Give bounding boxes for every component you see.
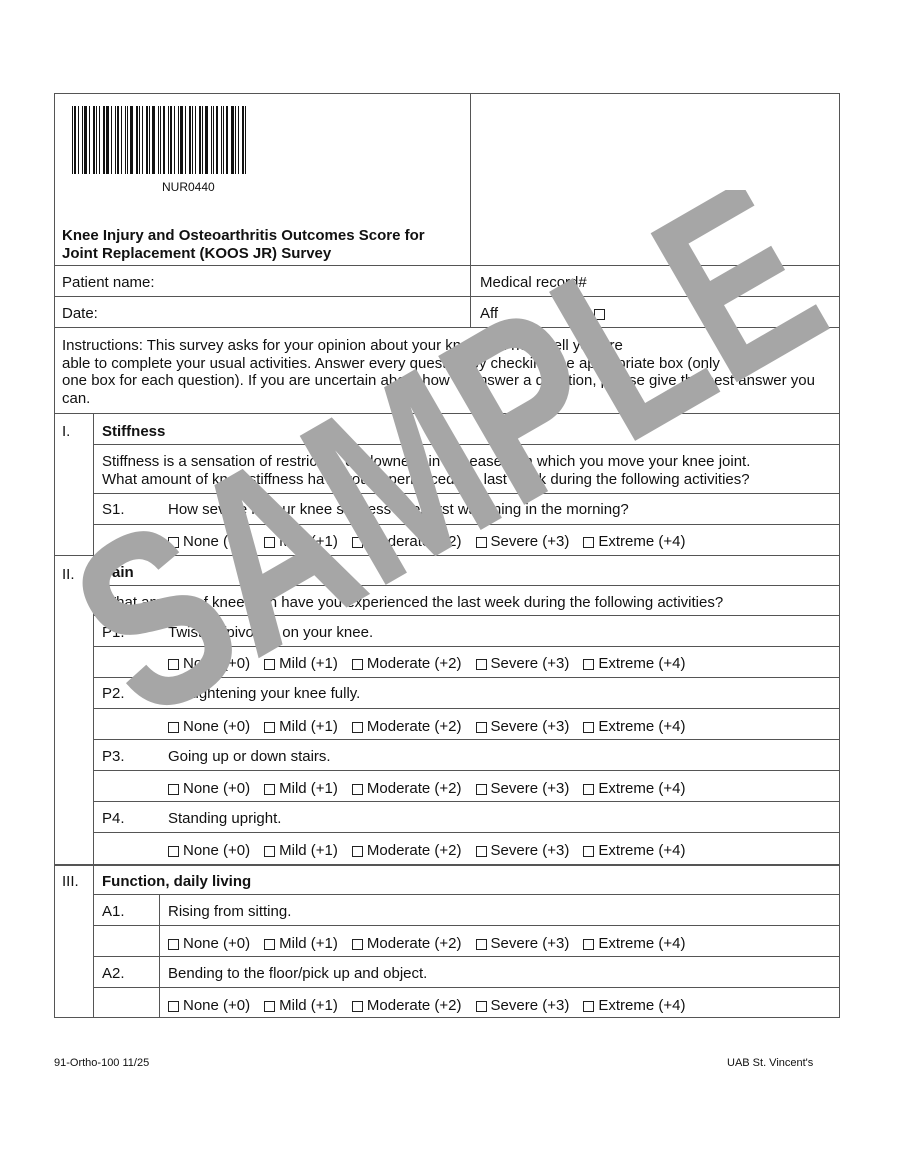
response-option[interactable]: Moderate (+2) bbox=[352, 655, 462, 673]
affected-knee-label: Aff bbox=[480, 305, 498, 323]
response-option[interactable]: Extreme (+4) bbox=[583, 997, 685, 1015]
response-option[interactable]: None (+0) bbox=[168, 842, 250, 860]
checkbox[interactable] bbox=[264, 659, 275, 670]
response-option[interactable]: Moderate (+2) bbox=[352, 842, 462, 860]
question-text: Twisting/pivoting on your knee. bbox=[168, 624, 373, 642]
question-text: Rising from sitting. bbox=[168, 903, 291, 921]
response-option[interactable]: Mild (+1) bbox=[264, 718, 338, 736]
question-text: Bending to the floor/pick up and object. bbox=[168, 965, 427, 983]
checkbox[interactable] bbox=[264, 939, 275, 950]
option-label: None (+0) bbox=[183, 655, 250, 673]
barcode-label: NUR0440 bbox=[162, 178, 215, 196]
barcode-bar bbox=[216, 106, 218, 174]
checkbox[interactable] bbox=[168, 1001, 179, 1012]
checkbox[interactable] bbox=[476, 537, 487, 548]
row-divider bbox=[93, 585, 840, 586]
section-title-stiffness: Stiffness bbox=[102, 423, 165, 441]
instructions-line: Instructions: This survey asks for your … bbox=[62, 337, 832, 355]
row-divider bbox=[54, 555, 840, 556]
checkbox[interactable] bbox=[352, 784, 363, 795]
row-divider bbox=[93, 894, 840, 895]
row-divider bbox=[93, 770, 840, 771]
checkbox[interactable] bbox=[583, 784, 594, 795]
option-label: None (+0) bbox=[183, 533, 250, 551]
response-option[interactable]: None (+0) bbox=[168, 718, 250, 736]
option-label: Extreme (+4) bbox=[598, 935, 685, 953]
question-code: A1. bbox=[102, 903, 125, 921]
barcode-bar bbox=[115, 106, 116, 174]
response-option[interactable]: Moderate (+2) bbox=[352, 718, 462, 736]
checkbox[interactable] bbox=[264, 1001, 275, 1012]
response-option[interactable]: None (+0) bbox=[168, 780, 250, 798]
option-label: Severe (+3) bbox=[491, 842, 570, 860]
barcode-bar bbox=[89, 106, 90, 174]
barcode-bar bbox=[127, 106, 128, 174]
option-label: Severe (+3) bbox=[491, 780, 570, 798]
response-options-p4: None (+0)Mild (+1)Moderate (+2)Severe (+… bbox=[168, 842, 699, 860]
barcode-bar bbox=[195, 106, 196, 174]
row-divider bbox=[93, 956, 840, 957]
barcode-bar bbox=[136, 106, 138, 174]
checkbox[interactable] bbox=[476, 1001, 487, 1012]
checkbox[interactable] bbox=[168, 537, 179, 548]
row-divider bbox=[93, 832, 840, 833]
barcode-bar bbox=[74, 106, 76, 174]
checkbox[interactable] bbox=[583, 537, 594, 548]
patient-name-field[interactable]: Patient name: bbox=[62, 274, 155, 292]
row-divider bbox=[93, 677, 840, 678]
option-label: Extreme (+4) bbox=[598, 533, 685, 551]
row-divider bbox=[93, 801, 840, 802]
form-title-line2: Joint Replacement (KOOS JR) Survey bbox=[62, 245, 331, 263]
question-code: A2. bbox=[102, 965, 125, 983]
date-field[interactable]: Date: bbox=[62, 305, 98, 323]
option-label: Extreme (+4) bbox=[598, 997, 685, 1015]
response-option[interactable]: Mild (+1) bbox=[264, 533, 338, 551]
response-option[interactable]: Mild (+1) bbox=[264, 935, 338, 953]
barcode-bar bbox=[103, 106, 105, 174]
question-text: Going up or down stairs. bbox=[168, 748, 331, 766]
row-divider bbox=[93, 524, 840, 525]
row-divider bbox=[54, 296, 840, 297]
option-label: Mild (+1) bbox=[279, 718, 338, 736]
option-label: Mild (+1) bbox=[279, 533, 338, 551]
row-divider bbox=[93, 444, 840, 445]
row-divider bbox=[54, 864, 840, 866]
barcode-bar bbox=[226, 106, 228, 174]
barcode-bar bbox=[158, 106, 159, 174]
instructions-line: one box for each question). If you are u… bbox=[62, 372, 832, 390]
barcode-bar bbox=[117, 106, 119, 174]
row-divider bbox=[54, 265, 840, 266]
row-divider bbox=[93, 615, 840, 616]
barcode-bar bbox=[106, 106, 109, 174]
option-label: None (+0) bbox=[183, 780, 250, 798]
checkbox[interactable] bbox=[476, 784, 487, 795]
barcode-bar bbox=[99, 106, 100, 174]
section-numeral: I. bbox=[62, 423, 70, 441]
barcode-bar bbox=[78, 106, 79, 174]
section-column-divider bbox=[93, 413, 94, 1018]
response-option[interactable]: None (+0) bbox=[168, 997, 250, 1015]
response-option[interactable]: Severe (+3) bbox=[476, 997, 570, 1015]
row-divider bbox=[93, 987, 840, 988]
barcode-bar bbox=[82, 106, 83, 174]
section-description: Stiffness is a sensation of restriction … bbox=[102, 453, 750, 471]
barcode-bar bbox=[235, 106, 236, 174]
barcode-bar bbox=[130, 106, 133, 174]
barcode-bar bbox=[84, 106, 87, 174]
barcode-image bbox=[72, 106, 296, 174]
checkbox[interactable] bbox=[168, 846, 179, 857]
response-option[interactable]: None (+0) bbox=[168, 655, 250, 673]
checkbox[interactable] bbox=[352, 846, 363, 857]
barcode-bar bbox=[93, 106, 95, 174]
response-option[interactable]: Severe (+3) bbox=[476, 718, 570, 736]
response-option[interactable]: Extreme (+4) bbox=[583, 780, 685, 798]
checkbox[interactable] bbox=[168, 722, 179, 733]
row-divider bbox=[93, 646, 840, 647]
response-option[interactable]: Extreme (+4) bbox=[583, 655, 685, 673]
barcode-bar bbox=[160, 106, 161, 174]
medical-record-field[interactable]: Medical record# bbox=[480, 274, 587, 292]
barcode-bar bbox=[189, 106, 191, 174]
section-title-pain: Pain bbox=[102, 564, 134, 582]
question-code: P3. bbox=[102, 748, 125, 766]
checkbox[interactable] bbox=[168, 939, 179, 950]
row-divider bbox=[54, 413, 840, 414]
option-label: Extreme (+4) bbox=[598, 718, 685, 736]
response-option[interactable]: None (+0) bbox=[168, 935, 250, 953]
option-label: Mild (+1) bbox=[279, 935, 338, 953]
option-label: Severe (+3) bbox=[491, 718, 570, 736]
checkbox[interactable] bbox=[476, 846, 487, 857]
instructions-line: can. bbox=[62, 390, 832, 408]
question-code: P2. bbox=[102, 685, 125, 703]
barcode-bar bbox=[96, 106, 97, 174]
barcode-bar bbox=[213, 106, 214, 174]
barcode-bar bbox=[170, 106, 172, 174]
question-code: S1. bbox=[102, 501, 125, 519]
row-divider bbox=[93, 493, 840, 494]
option-label: Extreme (+4) bbox=[598, 655, 685, 673]
response-option[interactable]: Severe (+3) bbox=[476, 655, 570, 673]
response-option[interactable]: Moderate (+2) bbox=[352, 997, 462, 1015]
barcode-bar bbox=[245, 106, 246, 174]
checkbox[interactable] bbox=[264, 722, 275, 733]
option-label: Severe (+3) bbox=[491, 655, 570, 673]
response-option[interactable]: Extreme (+4) bbox=[583, 718, 685, 736]
barcode-bar bbox=[221, 106, 222, 174]
checkbox[interactable] bbox=[583, 722, 594, 733]
option-label: None (+0) bbox=[183, 842, 250, 860]
response-option[interactable]: None (+0) bbox=[168, 533, 250, 551]
option-label: None (+0) bbox=[183, 935, 250, 953]
response-options-a1: None (+0)Mild (+1)Moderate (+2)Severe (+… bbox=[168, 935, 699, 953]
response-option[interactable]: Moderate (+2) bbox=[352, 935, 462, 953]
barcode-bar bbox=[238, 106, 239, 174]
option-label: None (+0) bbox=[183, 718, 250, 736]
option-label: None (+0) bbox=[183, 997, 250, 1015]
option-label: Severe (+3) bbox=[491, 935, 570, 953]
section-numeral: III. bbox=[62, 873, 79, 891]
response-option[interactable]: Severe (+3) bbox=[476, 935, 570, 953]
barcode-bar bbox=[211, 106, 212, 174]
barcode-bar bbox=[163, 106, 165, 174]
option-label: Mild (+1) bbox=[279, 780, 338, 798]
checkbox[interactable] bbox=[352, 1001, 363, 1012]
barcode-bar bbox=[242, 106, 244, 174]
response-option[interactable]: Mild (+1) bbox=[264, 780, 338, 798]
option-label: Moderate (+2) bbox=[367, 842, 462, 860]
barcode-bar bbox=[152, 106, 155, 174]
option-label: Moderate (+2) bbox=[367, 997, 462, 1015]
barcode-bar bbox=[178, 106, 179, 174]
checkbox[interactable] bbox=[264, 537, 275, 548]
barcode-bar bbox=[168, 106, 169, 174]
checkbox[interactable] bbox=[476, 722, 487, 733]
barcode-bar bbox=[231, 106, 234, 174]
affected-knee-checkbox[interactable] bbox=[594, 309, 605, 320]
option-label: Moderate (+2) bbox=[367, 935, 462, 953]
option-label: Moderate (+2) bbox=[367, 718, 462, 736]
barcode-bar bbox=[199, 106, 201, 174]
barcode-bar bbox=[180, 106, 183, 174]
barcode-bar bbox=[142, 106, 143, 174]
option-label: Mild (+1) bbox=[279, 655, 338, 673]
response-options-p3: None (+0)Mild (+1)Moderate (+2)Severe (+… bbox=[168, 780, 699, 798]
barcode-bar bbox=[125, 106, 126, 174]
checkbox[interactable] bbox=[352, 537, 363, 548]
barcode-bar bbox=[139, 106, 140, 174]
response-option[interactable]: Severe (+3) bbox=[476, 533, 570, 551]
response-options-p2: None (+0)Mild (+1)Moderate (+2)Severe (+… bbox=[168, 718, 699, 736]
option-label: Severe (+3) bbox=[491, 997, 570, 1015]
response-options-a2: None (+0)Mild (+1)Moderate (+2)Severe (+… bbox=[168, 997, 699, 1015]
instructions-text: Instructions: This survey asks for your … bbox=[62, 337, 832, 407]
barcode-bar bbox=[111, 106, 112, 174]
row-divider bbox=[93, 708, 840, 709]
form-code: 91-Ortho-100 11/25 bbox=[54, 1057, 149, 1069]
checkbox[interactable] bbox=[476, 659, 487, 670]
question-text: Standing upright. bbox=[168, 810, 281, 828]
option-label: Moderate (+2) bbox=[367, 655, 462, 673]
section-description: What amount of knee pain have you experi… bbox=[102, 594, 723, 612]
response-option[interactable]: Mild (+1) bbox=[264, 655, 338, 673]
question-text: Straightening your knee fully. bbox=[168, 685, 360, 703]
option-label: Moderate (+2) bbox=[367, 533, 462, 551]
option-label: Severe (+3) bbox=[491, 533, 570, 551]
response-option[interactable]: Extreme (+4) bbox=[583, 533, 685, 551]
barcode-bar bbox=[202, 106, 203, 174]
checkbox[interactable] bbox=[476, 939, 487, 950]
checkbox[interactable] bbox=[168, 659, 179, 670]
response-option[interactable]: Severe (+3) bbox=[476, 780, 570, 798]
option-label: Moderate (+2) bbox=[367, 780, 462, 798]
checkbox[interactable] bbox=[352, 659, 363, 670]
response-options-p1: None (+0)Mild (+1)Moderate (+2)Severe (+… bbox=[168, 655, 699, 673]
checkbox[interactable] bbox=[264, 846, 275, 857]
section-description: What amount of knee stiffness have you e… bbox=[102, 471, 750, 489]
header-divider bbox=[470, 93, 471, 327]
checkbox[interactable] bbox=[352, 939, 363, 950]
response-option[interactable]: Moderate (+2) bbox=[352, 533, 462, 551]
question-text: How severe is your knee stiffness after … bbox=[168, 501, 629, 519]
barcode-bar bbox=[205, 106, 208, 174]
option-label: Mild (+1) bbox=[279, 997, 338, 1015]
checkbox[interactable] bbox=[583, 659, 594, 670]
response-option[interactable]: Moderate (+2) bbox=[352, 780, 462, 798]
organization-name: UAB St. Vincent's bbox=[727, 1057, 813, 1069]
barcode-bar bbox=[192, 106, 193, 174]
barcode-bar bbox=[223, 106, 224, 174]
checkbox[interactable] bbox=[583, 939, 594, 950]
row-divider bbox=[93, 925, 840, 926]
section-title-function: Function, daily living bbox=[102, 873, 251, 891]
option-label: Extreme (+4) bbox=[598, 842, 685, 860]
barcode-bar bbox=[146, 106, 148, 174]
option-label: Extreme (+4) bbox=[598, 780, 685, 798]
instructions-line: able to complete your usual activities. … bbox=[62, 355, 832, 373]
checkbox[interactable] bbox=[583, 1001, 594, 1012]
checkbox[interactable] bbox=[583, 846, 594, 857]
checkbox[interactable] bbox=[168, 784, 179, 795]
response-option[interactable]: Mild (+1) bbox=[264, 842, 338, 860]
barcode-bar bbox=[149, 106, 150, 174]
question-code: P4. bbox=[102, 810, 125, 828]
checkbox[interactable] bbox=[352, 722, 363, 733]
response-option[interactable]: Extreme (+4) bbox=[583, 842, 685, 860]
response-option[interactable]: Extreme (+4) bbox=[583, 935, 685, 953]
response-options-s1: None (+0)Mild (+1)Moderate (+2)Severe (+… bbox=[168, 533, 699, 551]
response-option[interactable]: Mild (+1) bbox=[264, 997, 338, 1015]
checkbox[interactable] bbox=[264, 784, 275, 795]
row-divider bbox=[54, 327, 840, 328]
barcode-bar bbox=[174, 106, 175, 174]
row-divider bbox=[93, 739, 840, 740]
barcode-bar bbox=[72, 106, 73, 174]
barcode-bar bbox=[121, 106, 122, 174]
form-title-line1: Knee Injury and Osteoarthritis Outcomes … bbox=[62, 227, 425, 245]
section-numeral: II. bbox=[62, 566, 75, 584]
option-label: Mild (+1) bbox=[279, 842, 338, 860]
question-code: P1. bbox=[102, 624, 125, 642]
barcode-bar bbox=[185, 106, 186, 174]
response-option[interactable]: Severe (+3) bbox=[476, 842, 570, 860]
